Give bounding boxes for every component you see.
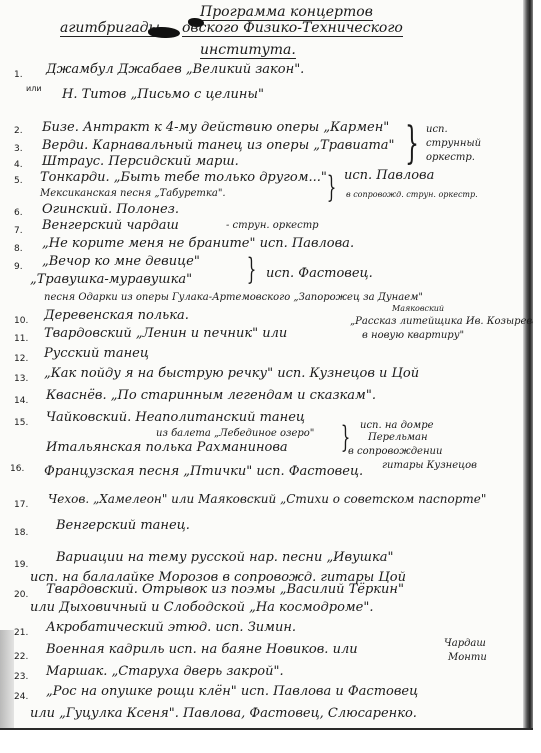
item-number: 5.	[14, 176, 23, 186]
side-note: гитары Кузнецов	[382, 460, 477, 471]
scan-edge-shadow	[523, 0, 533, 728]
program-item: „Как пойду я на быструю речку" исп. Кузн…	[44, 366, 419, 381]
program-item: „Рос на опушке рощи клён" исп. Павлова и…	[46, 684, 418, 699]
item-number: 12.	[14, 354, 28, 364]
side-note: исп. на домре	[360, 420, 434, 431]
item-number: 22.	[14, 652, 28, 662]
brace: }	[405, 118, 419, 169]
program-item: или Дыховичный и Слободской „На космодро…	[30, 600, 373, 615]
doc-title-line2-b: овского Физико-Технического	[182, 20, 403, 37]
doc-title-line3: института.	[200, 42, 296, 59]
side-note: в новую квартиру"	[362, 330, 464, 341]
program-item: Венгерский танец.	[56, 518, 190, 533]
item-number: 1.	[14, 70, 23, 80]
item-number: 10.	[14, 316, 28, 326]
program-item: песня Одарки из оперы Гулака-Артемовског…	[44, 292, 423, 303]
side-note: в сопровождении	[348, 446, 442, 457]
item-number: 16.	[10, 464, 24, 474]
item-number: 19.	[14, 560, 28, 570]
item-number: 3.	[14, 144, 23, 154]
program-item: Итальянская полька Рахманинова	[46, 440, 288, 455]
item-number: 14.	[14, 396, 28, 406]
program-item: Французская песня „Птички" исп. Фастовец…	[44, 464, 363, 479]
program-item: „Травушка-муравушка"	[30, 272, 192, 287]
program-item: Маршак. „Старуха дверь закрой".	[46, 664, 284, 679]
item-number: 17.	[14, 500, 28, 510]
item-number: 23.	[14, 672, 28, 682]
side-note: исп. Павлова	[344, 168, 434, 183]
program-item: Военная кадриль исп. на баяне Новиков. и…	[46, 642, 358, 657]
program-item: Н. Титов „Письмо с целины"	[62, 87, 264, 102]
item-number: 4.	[14, 160, 23, 170]
program-item: Чайковский. Неаполитанский танец	[46, 410, 305, 425]
program-item: Деревенская полька.	[44, 308, 189, 323]
side-note: „Рассказ литейщика Ив. Козырева	[350, 316, 533, 327]
scan-edge-shadow-left	[0, 630, 14, 730]
program-item: Верди. Карнавальный танец из оперы „Трав…	[42, 138, 395, 153]
item-number: 15.	[14, 418, 28, 428]
brace: }	[327, 170, 337, 205]
program-item: Джамбул Джабаев „Великий закон".	[46, 62, 304, 77]
side-note: оркестр.	[426, 152, 475, 163]
side-note: Перельман	[368, 432, 428, 443]
program-item: Кваснёв. „По старинным легендам и сказка…	[46, 388, 376, 403]
program-item: Тонкарди. „Быть тебе только другом..."	[40, 170, 327, 185]
program-item: из балета „Лебединое озеро"	[156, 428, 314, 439]
program-item: „Вечор ко мне девице"	[42, 254, 200, 269]
side-note: Чардаш	[444, 638, 486, 649]
program-item: Штраус. Персидский марш.	[42, 154, 239, 169]
program-item: Бизе. Антракт к 4-му действию оперы „Кар…	[42, 120, 389, 135]
program-item: Русский танец	[44, 346, 149, 361]
program-item: Венгерский чардаш	[42, 218, 179, 233]
program-item: Чехов. „Хамелеон" или Маяковский „Стихи …	[48, 492, 486, 506]
program-item: или „Гуцулка Ксеня". Павлова, Фастовец, …	[30, 706, 417, 721]
side-note: в сопровожд. струн. оркестр.	[346, 190, 478, 199]
item-number: 21.	[14, 628, 28, 638]
item-number: 11.	[14, 334, 28, 344]
program-item: Вариации на тему русской нар. песни „Иву…	[56, 550, 393, 565]
item-number: 7.	[14, 226, 23, 236]
program-item: Акробатический этюд. исп. Зимин.	[46, 620, 296, 635]
scanned-document-page: Программа концертов агитбригады овского …	[0, 0, 533, 730]
redacted-ink-blot	[148, 27, 180, 38]
item-number: 13.	[14, 374, 28, 384]
item-number: 8.	[14, 244, 23, 254]
item-number: 9.	[14, 262, 23, 272]
side-note: - струн. оркестр	[226, 220, 319, 231]
side-note: исп.	[426, 124, 448, 135]
side-note: струнный	[426, 138, 481, 149]
doc-title-line1: Программа концертов	[200, 4, 373, 21]
item-number: 24.	[14, 692, 28, 702]
item-number: или	[26, 84, 42, 93]
side-note: Маяковский	[392, 304, 444, 313]
doc-title-line2-a: агитбригады	[60, 20, 160, 37]
program-item: Твардовский. Отрывок из поэмы „Василий Т…	[46, 582, 404, 597]
side-note: Монти	[448, 652, 487, 663]
brace: }	[247, 252, 257, 287]
program-item: Мексиканская песня „Табуретка".	[40, 188, 226, 199]
item-number: 18.	[14, 528, 28, 538]
program-item: „Не корите меня не браните" исп. Павлова…	[42, 236, 354, 251]
side-note: исп. Фастовец.	[266, 266, 373, 281]
item-number: 20.	[14, 590, 28, 600]
program-item: Огинский. Полонез.	[42, 202, 179, 217]
item-number: 6.	[14, 208, 23, 218]
item-number: 2.	[14, 126, 23, 136]
program-item: Твардовский „Ленин и печник" или	[44, 326, 287, 341]
